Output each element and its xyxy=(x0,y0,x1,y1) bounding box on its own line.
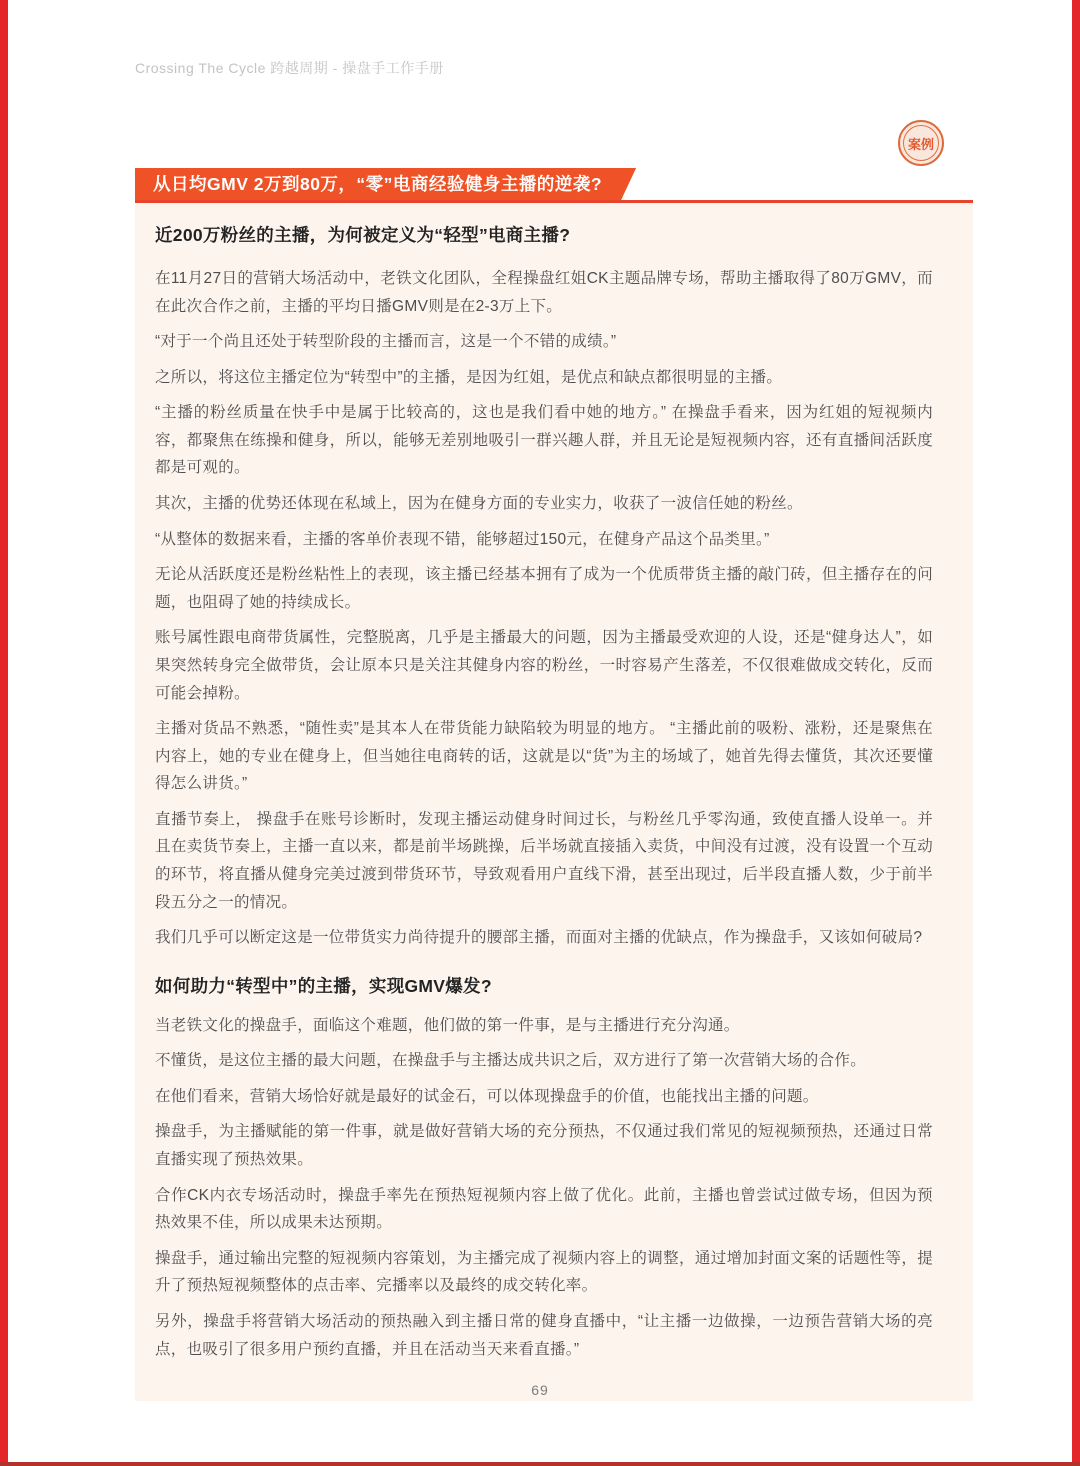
paragraph: 操盘手，为主播赋能的第一件事，就是做好营销大场的充分预热，不仅通过我们常见的短视… xyxy=(155,1118,933,1173)
paragraph: “从整体的数据来看，主播的客单价表现不错，能够超过150元，在健身产品这个品类里… xyxy=(155,526,933,554)
page-edge-left xyxy=(0,0,8,1466)
document-page: Crossing The Cycle 跨越周期 - 操盘手工作手册 案例 从日均… xyxy=(0,0,1080,1466)
paragraph: 操盘手，通过输出完整的短视频内容策划，为主播完成了视频内容上的调整，通过增加封面… xyxy=(155,1245,933,1300)
case-badge: 案例 xyxy=(898,120,944,166)
page-edge-bottom xyxy=(0,1462,1080,1466)
page-number: 69 xyxy=(0,1382,1080,1398)
case-badge-label: 案例 xyxy=(903,125,939,161)
paragraph: 当老铁文化的操盘手，面临这个难题，他们做的第一件事，是与主播进行充分沟通。 xyxy=(155,1012,933,1040)
running-header: Crossing The Cycle 跨越周期 - 操盘手工作手册 xyxy=(135,58,444,78)
paragraph: 在11月27日的营销大场活动中，老铁文化团队，全程操盘红姐CK主题品牌专场，帮助… xyxy=(155,265,933,320)
paragraph: 其次，主播的优势还体现在私域上，因为在健身方面的专业实力，收获了一波信任她的粉丝… xyxy=(155,490,933,518)
paragraph: “主播的粉丝质量在快手中是属于比较高的，这也是我们看中她的地方。” 在操盘手看来… xyxy=(155,399,933,482)
paragraph: 另外，操盘手将营销大场活动的预热融入到主播日常的健身直播中，“让主播一边做操，一… xyxy=(155,1308,933,1363)
case-panel: 近200万粉丝的主播，为何被定义为“轻型”电商主播? 在11月27日的营销大场活… xyxy=(135,203,973,1401)
section-1-heading: 近200万粉丝的主播，为何被定义为“轻型”电商主播? xyxy=(155,223,933,247)
paragraph: 合作CK内衣专场活动时，操盘手率先在预热短视频内容上做了优化。此前，主播也曾尝试… xyxy=(155,1182,933,1237)
paragraph: 我们几乎可以断定这是一位带货实力尚待提升的腰部主播，而面对主播的优缺点，作为操盘… xyxy=(155,924,933,952)
paragraph: 账号属性跟电商带货属性，完整脱离，几乎是主播最大的问题，因为主播最受欢迎的人设，… xyxy=(155,624,933,707)
paragraph: 不懂货，是这位主播的最大问题，在操盘手与主播达成共识之后，双方进行了第一次营销大… xyxy=(155,1047,933,1075)
section-2-heading: 如何助力“转型中”的主播，实现GMV爆发? xyxy=(155,974,933,998)
paragraph: 无论从活跃度还是粉丝粘性上的表现，该主播已经基本拥有了成为一个优质带货主播的敲门… xyxy=(155,561,933,616)
content-column: 从日均GMV 2万到80万，“零”电商经验健身主播的逆袭? 近200万粉丝的主播… xyxy=(135,168,973,1401)
paragraph: 之所以，将这位主播定位为“转型中”的主播，是因为红姐，是优点和缺点都很明显的主播… xyxy=(155,364,933,392)
paragraph: 在他们看来，营销大场恰好就是最好的试金石，可以体现操盘手的价值，也能找出主播的问… xyxy=(155,1083,933,1111)
paragraph: 直播节奏上， 操盘手在账号诊断时，发现主播运动健身时间过长，与粉丝几乎零沟通，致… xyxy=(155,806,933,916)
banner-row: 从日均GMV 2万到80万，“零”电商经验健身主播的逆袭? xyxy=(135,168,973,203)
page-edge-right xyxy=(1072,0,1080,1466)
paragraph: “对于一个尚且还处于转型阶段的主播而言，这是一个不错的成绩。” xyxy=(155,328,933,356)
section-banner-title: 从日均GMV 2万到80万，“零”电商经验健身主播的逆袭? xyxy=(135,168,636,200)
paragraph: 主播对货品不熟悉，“随性卖”是其本人在带货能力缺陷较为明显的地方。 “主播此前的… xyxy=(155,715,933,798)
